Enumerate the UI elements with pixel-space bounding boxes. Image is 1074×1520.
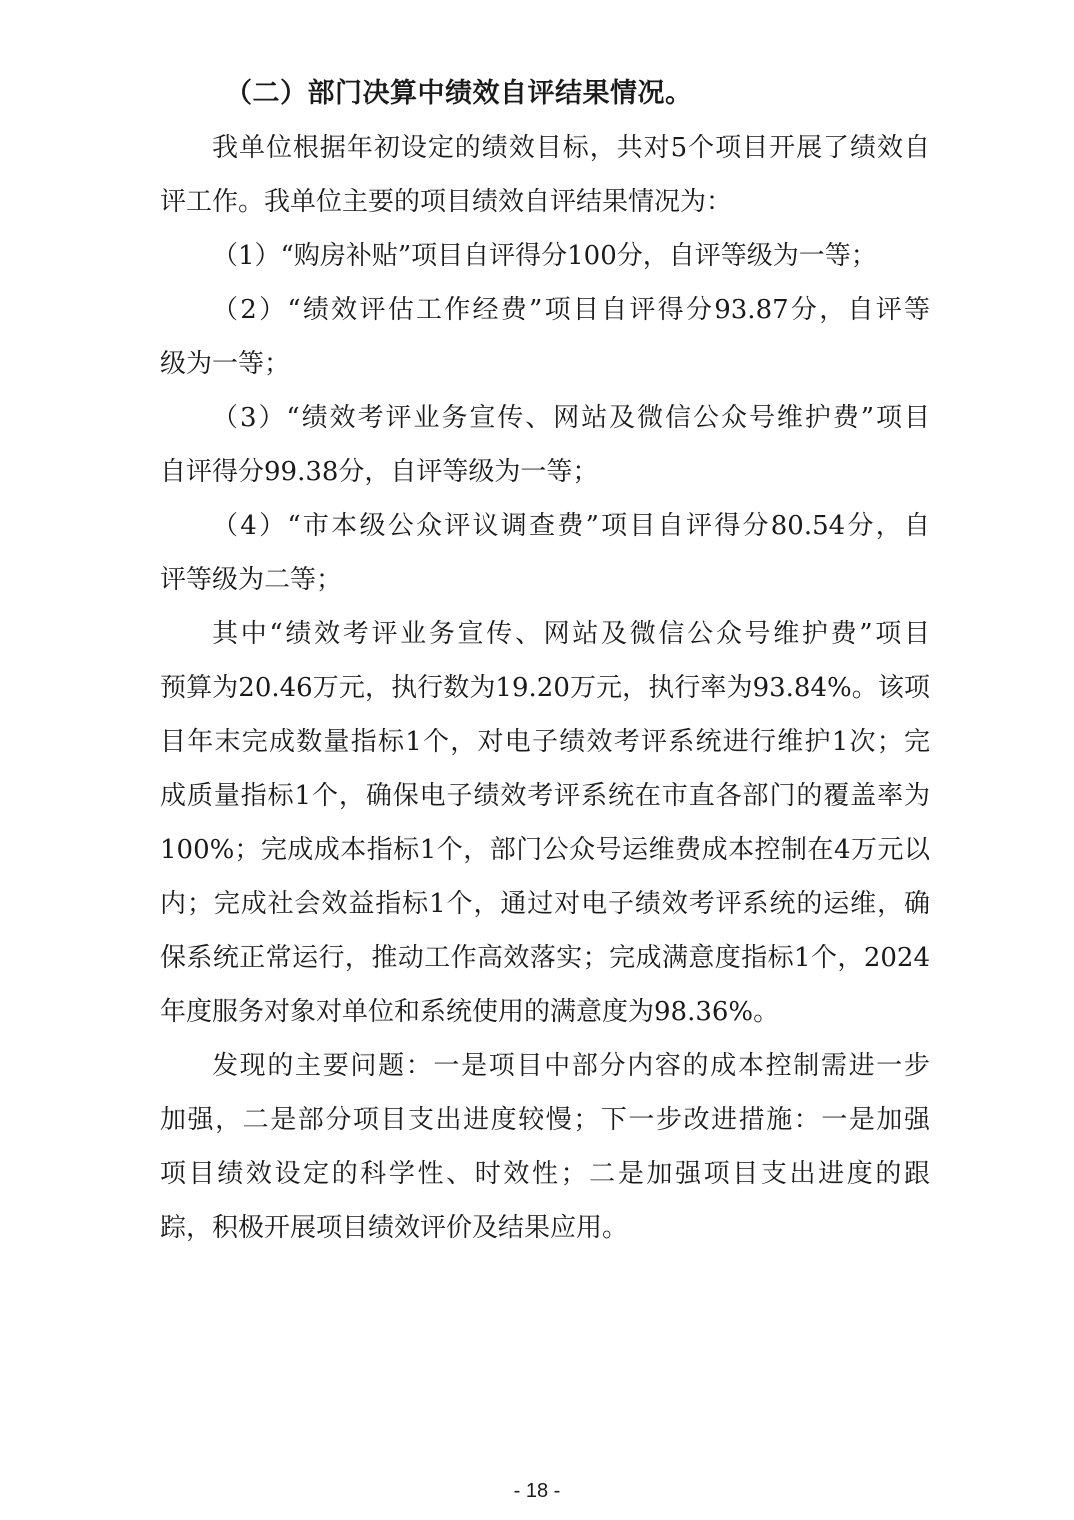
paragraph-intro-line-2: 评工作。我单位主要的项目绩效自评结果情况为：: [160, 182, 930, 222]
issues-line-3: 项目绩效设定的科学性、时效性；二是加强项目支出进度的跟: [160, 1154, 930, 1194]
issues-line-2: 加强，二是部分项目支出进度较慢；下一步改进措施：一是加强: [160, 1100, 930, 1140]
issues-line-4: 踪，积极开展项目绩效评价及结果应用。: [160, 1208, 930, 1248]
issues-line-1: 发现的主要问题：一是项目中部分内容的成本控制需进一步: [212, 1046, 930, 1086]
document-page: （二）部门决算中绩效自评结果情况。 我单位根据年初设定的绩效目标，共对5个项目开…: [0, 0, 1074, 1520]
page-number: - 18 -: [0, 1477, 1074, 1505]
item-3-line-1: （3）“绩效考评业务宣传、网站及微信公众号维护费”项目: [212, 398, 930, 438]
detail-line-2: 预算为20.46万元，执行数为19.20万元，执行率为93.84%。该项: [160, 668, 930, 708]
paragraph-intro-line-1: 我单位根据年初设定的绩效目标，共对5个项目开展了绩效自: [212, 128, 930, 168]
item-1-line-1: （1）“购房补贴”项目自评得分100分，自评等级为一等；: [212, 236, 930, 276]
detail-line-7: 保系统正常运行，推动工作高效落实；完成满意度指标1个，2024: [160, 938, 930, 978]
item-2-line-2: 级为一等；: [160, 344, 930, 384]
item-2-line-1: （2）“绩效评估工作经费”项目自评得分93.87分，自评等: [212, 290, 930, 330]
detail-line-8: 年度服务对象对单位和系统使用的满意度为98.36%。: [160, 992, 930, 1032]
item-4-line-2: 评等级为二等；: [160, 560, 930, 600]
item-3-line-2: 自评得分99.38分，自评等级为一等；: [160, 452, 930, 492]
detail-line-4: 成质量指标1个，确保电子绩效考评系统在市直各部门的覆盖率为: [160, 776, 930, 816]
item-4-line-1: （4）“市本级公众评议调查费”项目自评得分80.54分，自: [212, 506, 930, 546]
detail-line-6: 内；完成社会效益指标1个，通过对电子绩效考评系统的运维，确: [160, 884, 930, 924]
detail-line-1: 其中“绩效考评业务宣传、网站及微信公众号维护费”项目: [212, 614, 930, 654]
detail-line-3: 目年末完成数量指标1个，对电子绩效考评系统进行维护1次；完: [160, 722, 930, 762]
detail-line-5: 100%；完成成本指标1个，部门公众号运维费成本控制在4万元以: [160, 830, 930, 870]
section-heading: （二）部门决算中绩效自评结果情况。: [225, 74, 693, 114]
